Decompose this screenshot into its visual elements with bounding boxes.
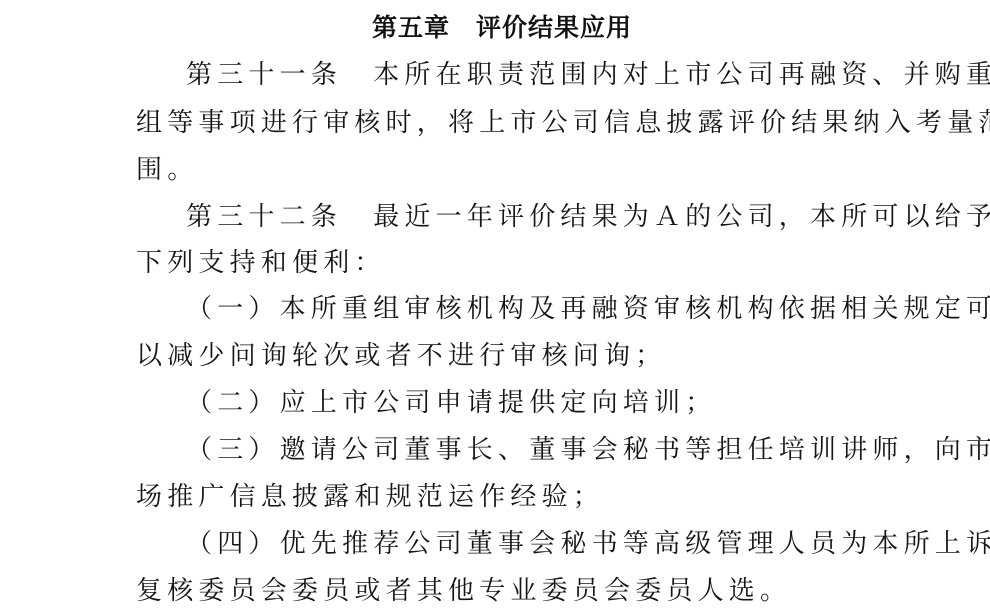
item-3-line-1: （三）邀请公司董事长、董事会秘书等担任培训讲师，向市 <box>136 433 918 480</box>
item-3-line-2: 场推广信息披露和规范运作经验； <box>136 480 868 527</box>
item-1-line-2: 以减少问询轮次或者不进行审核问询； <box>136 339 868 386</box>
chapter-title: 第五章 评价结果应用 <box>136 10 868 46</box>
article-31-line-2: 组等事项进行审核时，将上市公司信息披露评价结果纳入考量范 <box>136 106 868 153</box>
article-31-line-3: 围。 <box>136 153 868 200</box>
item-1-line-1: （一）本所重组审核机构及再融资审核机构依据相关规定可 <box>136 292 918 339</box>
item-4-line-2: 复核委员会委员或者其他专业委员会委员人选。 <box>136 574 868 616</box>
item-4-line-1: （四）优先推荐公司董事会秘书等高级管理人员为本所上诉 <box>136 527 918 574</box>
article-32-line-2: 下列支持和便利： <box>136 246 868 293</box>
article-31-line-1: 第三十一条 本所在职责范围内对上市公司再融资、并购重 <box>136 58 918 105</box>
item-2-line-1: （二）应上市公司申请提供定向培训； <box>136 386 918 433</box>
article-32-line-1: 第三十二条 最近一年评价结果为Ａ的公司，本所可以给予 <box>136 200 918 247</box>
